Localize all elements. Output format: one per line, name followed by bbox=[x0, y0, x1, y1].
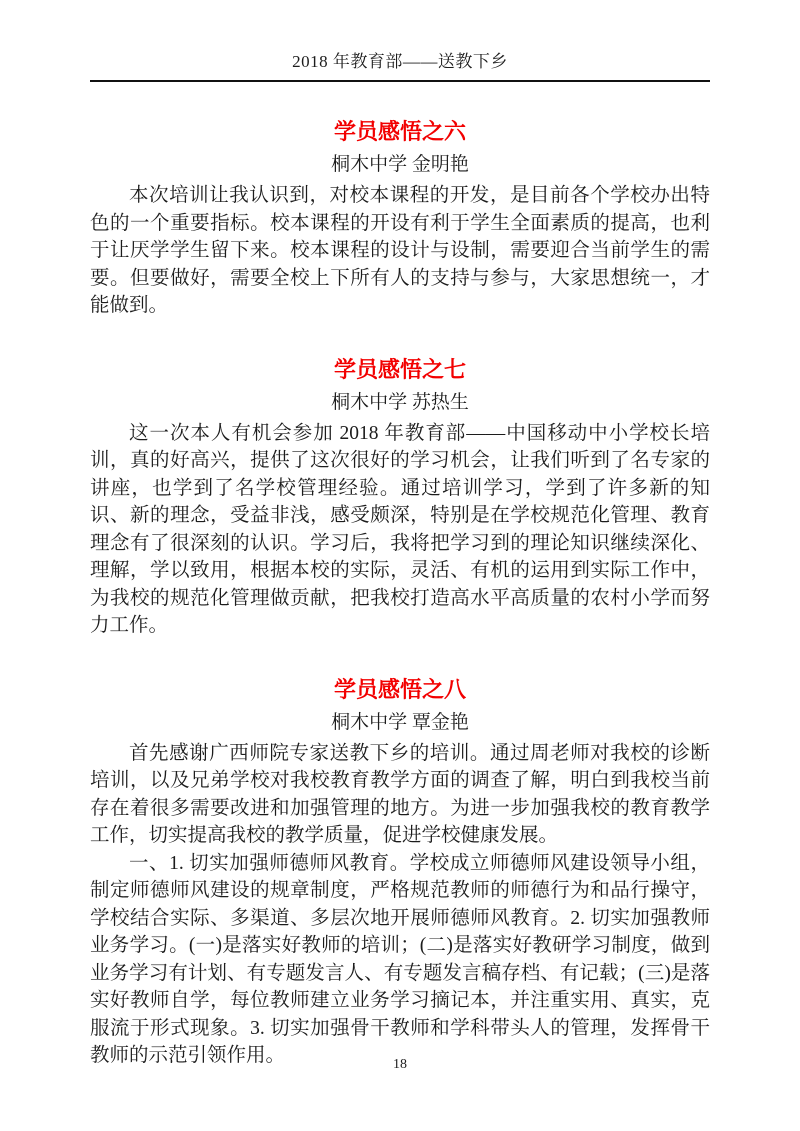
paragraph: 一、1. 切实加强师德师风教育。学校成立师德师风建设领导小组，制定师德师风建设的… bbox=[90, 850, 710, 1070]
section-reflection-8: 学员感悟之八 桐木中学 覃金艳 首先感谢广西师院专家送教下乡的培训。通过周老师对… bbox=[90, 676, 710, 1070]
header-title: 2018 年教育部——送教下乡 bbox=[90, 50, 710, 74]
document-page: 2018 年教育部——送教下乡 学员感悟之六 桐木中学 金明艳 本次培训让我认识… bbox=[0, 0, 800, 1131]
paragraph: 这一次本人有机会参加 2018 年教育部——中国移动中小学校长培训，真的好高兴，… bbox=[90, 420, 710, 640]
page-content: 学员感悟之六 桐木中学 金明艳 本次培训让我认识到，对校本课程的开发，是目前各个… bbox=[90, 118, 710, 1070]
section-title: 学员感悟之七 bbox=[90, 356, 710, 384]
section-reflection-6: 学员感悟之六 桐木中学 金明艳 本次培训让我认识到，对校本课程的开发，是目前各个… bbox=[90, 118, 710, 320]
section-title: 学员感悟之六 bbox=[90, 118, 710, 146]
page-number: 18 bbox=[393, 1057, 407, 1072]
section-author: 桐木中学 金明艳 bbox=[90, 152, 710, 178]
section-author: 桐木中学 苏热生 bbox=[90, 390, 710, 416]
page-footer: 18 bbox=[0, 1057, 800, 1073]
section-author: 桐木中学 覃金艳 bbox=[90, 710, 710, 736]
page-header: 2018 年教育部——送教下乡 bbox=[90, 0, 710, 82]
paragraph: 本次培训让我认识到，对校本课程的开发，是目前各个学校办出特色的一个重要指标。校本… bbox=[90, 182, 710, 320]
section-reflection-7: 学员感悟之七 桐木中学 苏热生 这一次本人有机会参加 2018 年教育部——中国… bbox=[90, 356, 710, 640]
section-title: 学员感悟之八 bbox=[90, 676, 710, 704]
paragraph: 首先感谢广西师院专家送教下乡的培训。通过周老师对我校的诊断培训，以及兄弟学校对我… bbox=[90, 740, 710, 850]
